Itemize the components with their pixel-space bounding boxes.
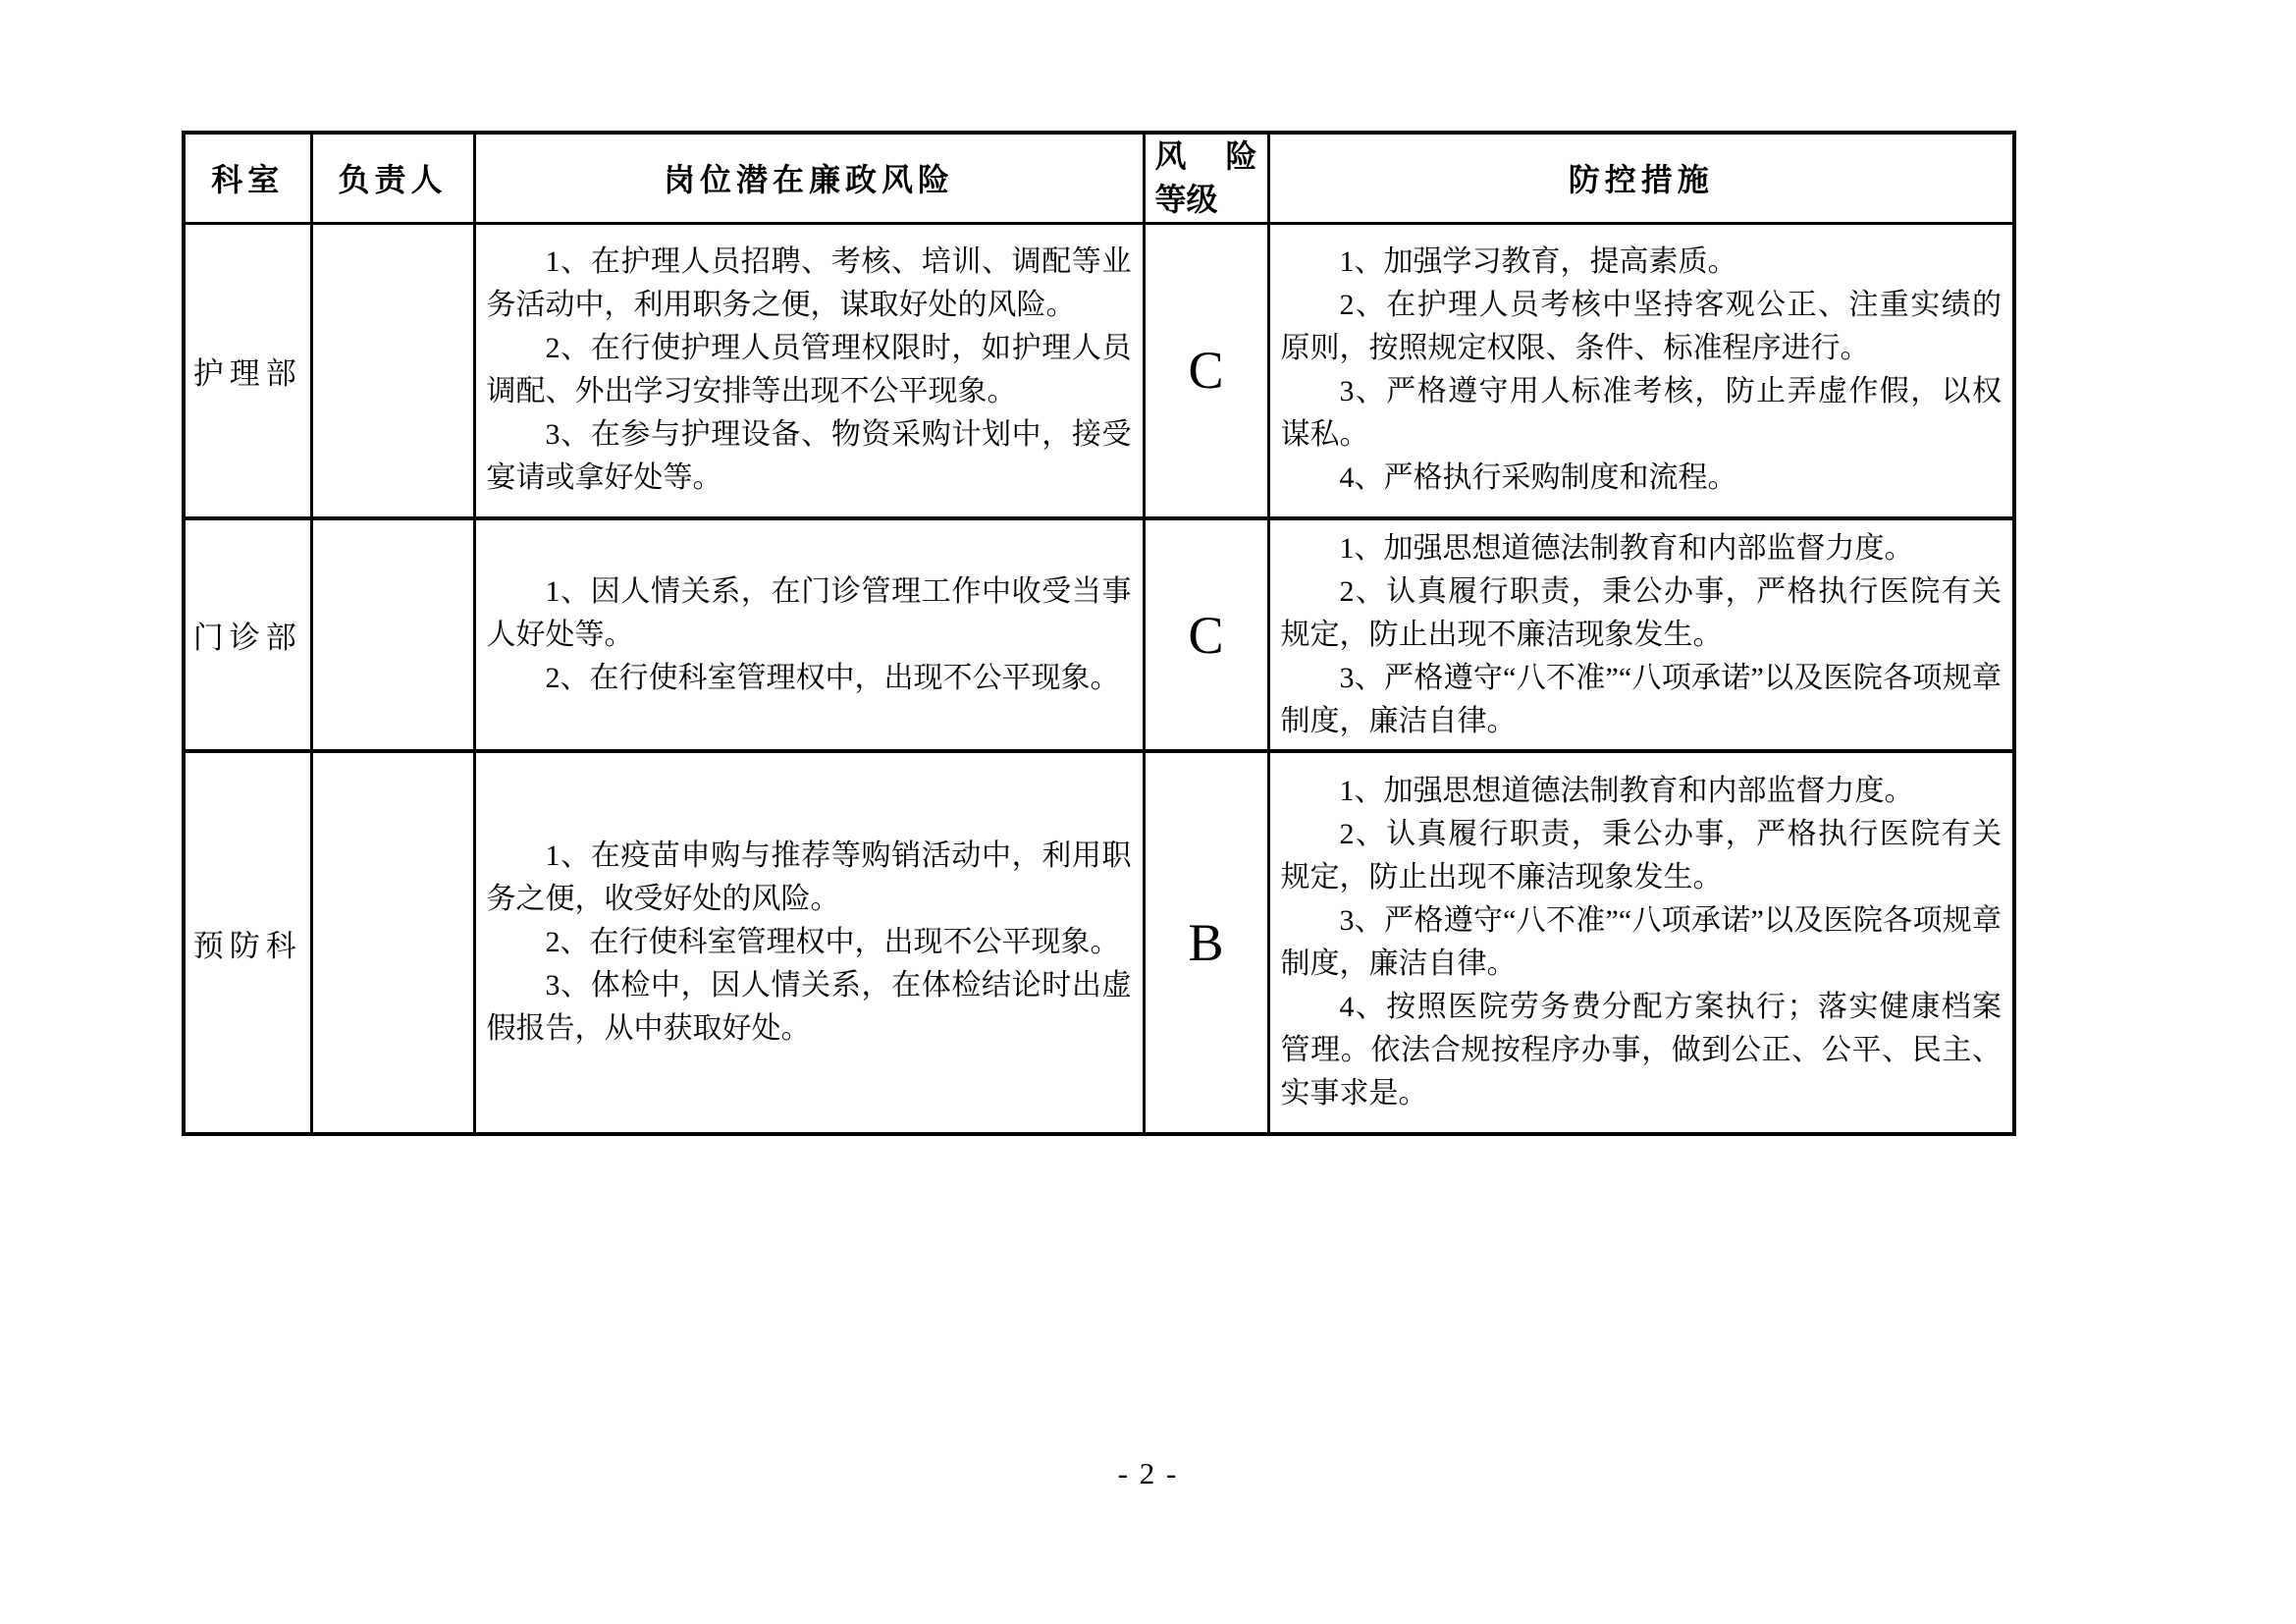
person-cell — [311, 751, 474, 1134]
table-row: 门诊部 1、因人情关系，在门诊管理工作中收受当事人好处等。 2、在行使科室管理权… — [184, 518, 2014, 751]
risk-level-cell: C — [1144, 223, 1268, 518]
measure-item: 1、加强学习教育，提高素质。 — [1281, 241, 2002, 284]
measure-item: 1、加强思想道德法制教育和内部监督力度。 — [1281, 770, 2002, 813]
risk-cell: 1、在疫苗申购与推荐等购销活动中，利用职务之便，收受好处的风险。 2、在行使科室… — [474, 751, 1144, 1134]
table-row: 预防科 1、在疫苗申购与推荐等购销活动中，利用职务之便，收受好处的风险。 2、在… — [184, 751, 2014, 1134]
measures-cell: 1、加强思想道德法制教育和内部监督力度。 2、认真履行职责，秉公办事，严格执行医… — [1268, 751, 2014, 1134]
header-risk-level-line2: 等级 — [1155, 178, 1257, 221]
header-risk: 岗位潜在廉政风险 — [474, 133, 1144, 223]
measure-item: 3、严格遵守“八不准”“八项承诺”以及医院各项规章制度，廉洁自律。 — [1281, 899, 2002, 986]
measures-cell: 1、加强学习教育，提高素质。 2、在护理人员考核中坚持客观公正、注重实绩的原则，… — [1268, 223, 2014, 518]
page-number: - 2 - — [0, 1456, 2296, 1491]
measure-item: 2、在护理人员考核中坚持客观公正、注重实绩的原则，按照规定权限、条件、标准程序进… — [1281, 284, 2002, 370]
header-person: 负责人 — [311, 133, 474, 223]
risk-item: 3、在参与护理设备、物资采购计划中，接受宴请或拿好处等。 — [487, 413, 1132, 500]
header-department: 科室 — [184, 133, 311, 223]
measure-item: 4、按照医院劳务费分配方案执行；落实健康档案管理。依法合规按程序办事，做到公正、… — [1281, 986, 2002, 1115]
risk-item: 2、在行使科室管理权中，出现不公平现象。 — [487, 921, 1132, 964]
document-page: 科室 负责人 岗位潜在廉政风险 风 险 等级 防控措施 护理部 1、在护理人员招… — [0, 0, 2296, 1624]
risk-item: 3、体检中，因人情关系，在体检结论时出虚假报告，从中获取好处。 — [487, 964, 1132, 1051]
person-cell — [311, 518, 474, 751]
risk-item: 1、在护理人员招聘、考核、培训、调配等业务活动中，利用职务之便，谋取好处的风险。 — [487, 241, 1132, 327]
risk-cell: 1、因人情关系，在门诊管理工作中收受当事人好处等。 2、在行使科室管理权中，出现… — [474, 518, 1144, 751]
risk-item: 2、在行使护理人员管理权限时，如护理人员调配、外出学习安排等出现不公平现象。 — [487, 327, 1132, 413]
measure-item: 3、严格遵守用人标准考核，防止弄虚作假，以权谋私。 — [1281, 370, 2002, 457]
measure-item: 4、严格执行采购制度和流程。 — [1281, 457, 2002, 500]
header-risk-level-line1: 风 险 — [1155, 135, 1257, 178]
risk-cell: 1、在护理人员招聘、考核、培训、调配等业务活动中，利用职务之便，谋取好处的风险。… — [474, 223, 1144, 518]
measure-item: 3、严格遵守“八不准”“八项承诺”以及医院各项规章制度，廉洁自律。 — [1281, 657, 2002, 743]
risk-table: 科室 负责人 岗位潜在廉政风险 风 险 等级 防控措施 护理部 1、在护理人员招… — [182, 131, 2016, 1136]
table-row: 护理部 1、在护理人员招聘、考核、培训、调配等业务活动中，利用职务之便，谋取好处… — [184, 223, 2014, 518]
risk-item: 2、在行使科室管理权中，出现不公平现象。 — [487, 657, 1132, 700]
measure-item: 2、认真履行职责，秉公办事，严格执行医院有关规定，防止出现不廉洁现象发生。 — [1281, 570, 2002, 657]
risk-item: 1、因人情关系，在门诊管理工作中收受当事人好处等。 — [487, 570, 1132, 657]
risk-item: 1、在疫苗申购与推荐等购销活动中，利用职务之便，收受好处的风险。 — [487, 835, 1132, 921]
header-row: 科室 负责人 岗位潜在廉政风险 风 险 等级 防控措施 — [184, 133, 2014, 223]
risk-level-cell: B — [1144, 751, 1268, 1134]
measure-item: 2、认真履行职责，秉公办事，严格执行医院有关规定，防止出现不廉洁现象发生。 — [1281, 813, 2002, 899]
measure-item: 1、加强思想道德法制教育和内部监督力度。 — [1281, 527, 2002, 570]
header-measures: 防控措施 — [1268, 133, 2014, 223]
person-cell — [311, 223, 474, 518]
measures-cell: 1、加强思想道德法制教育和内部监督力度。 2、认真履行职责，秉公办事，严格执行医… — [1268, 518, 2014, 751]
department-cell: 预防科 — [184, 751, 311, 1134]
department-cell: 门诊部 — [184, 518, 311, 751]
risk-level-cell: C — [1144, 518, 1268, 751]
header-risk-level: 风 险 等级 — [1144, 133, 1268, 223]
department-cell: 护理部 — [184, 223, 311, 518]
